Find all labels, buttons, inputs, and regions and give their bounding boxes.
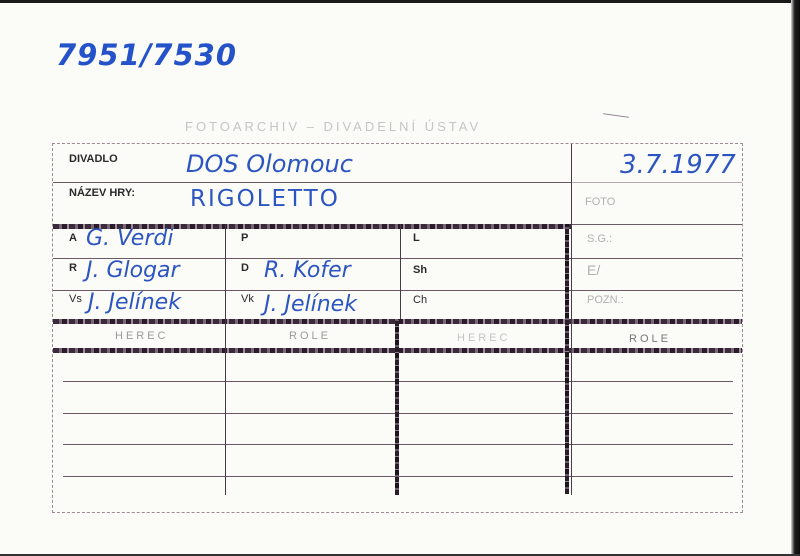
divider [565, 224, 569, 494]
value-a: G. Verdi [86, 226, 173, 251]
column-header-role-2: ROLE [629, 333, 671, 345]
divider [571, 182, 742, 183]
value-r: J. Glogar [86, 258, 180, 283]
label-foto: FOTO [585, 196, 615, 208]
label-sg: S.G.: [587, 233, 612, 245]
divider [400, 224, 401, 319]
label-l: L [413, 232, 420, 244]
column-header-herec: HEREC [115, 330, 169, 342]
column-header-herec-2: HEREC [457, 332, 511, 344]
label-pozn: POZN.: [587, 294, 624, 306]
label-nazev-hry: NÁZEV HRY: [69, 187, 135, 199]
label-ch: Ch [413, 294, 427, 306]
record-card: DIVADLO NÁZEV HRY: FOTO A P L S.G.: R D … [52, 143, 743, 513]
photo-frame-right-edge [791, 0, 800, 556]
label-divadlo: DIVADLO [69, 153, 118, 165]
stamp-mark [603, 113, 629, 118]
label-p: P [241, 232, 248, 244]
label-r: R [69, 262, 77, 274]
label-d: D [241, 262, 249, 274]
value-date: 3.7.1977 [620, 150, 736, 180]
label-vk: Vk [241, 293, 254, 305]
divider [53, 182, 571, 183]
divider [225, 320, 226, 495]
divider [395, 320, 399, 495]
value-vk: J. Jelínek [264, 292, 357, 317]
divider [571, 320, 572, 495]
value-vs: J. Jelínek [88, 290, 181, 315]
divider [571, 224, 742, 225]
archive-number: 7951/7530 [56, 38, 237, 72]
photo-frame-top-edge [0, 0, 800, 3]
label-e: E/ [587, 262, 600, 278]
column-header-role: ROLE [289, 330, 331, 342]
label-a: A [69, 232, 77, 244]
value-d: R. Kofer [264, 258, 351, 283]
label-vs: Vs [69, 293, 82, 305]
divider [571, 144, 572, 349]
value-divadlo: DOS Olomouc [186, 150, 353, 178]
value-nazev-hry: RIGOLETTO [190, 186, 340, 212]
label-sh: Sh [413, 264, 427, 276]
stamp-header: FOTOARCHIV – DIVADELNÍ ÚSTAV [185, 119, 481, 134]
